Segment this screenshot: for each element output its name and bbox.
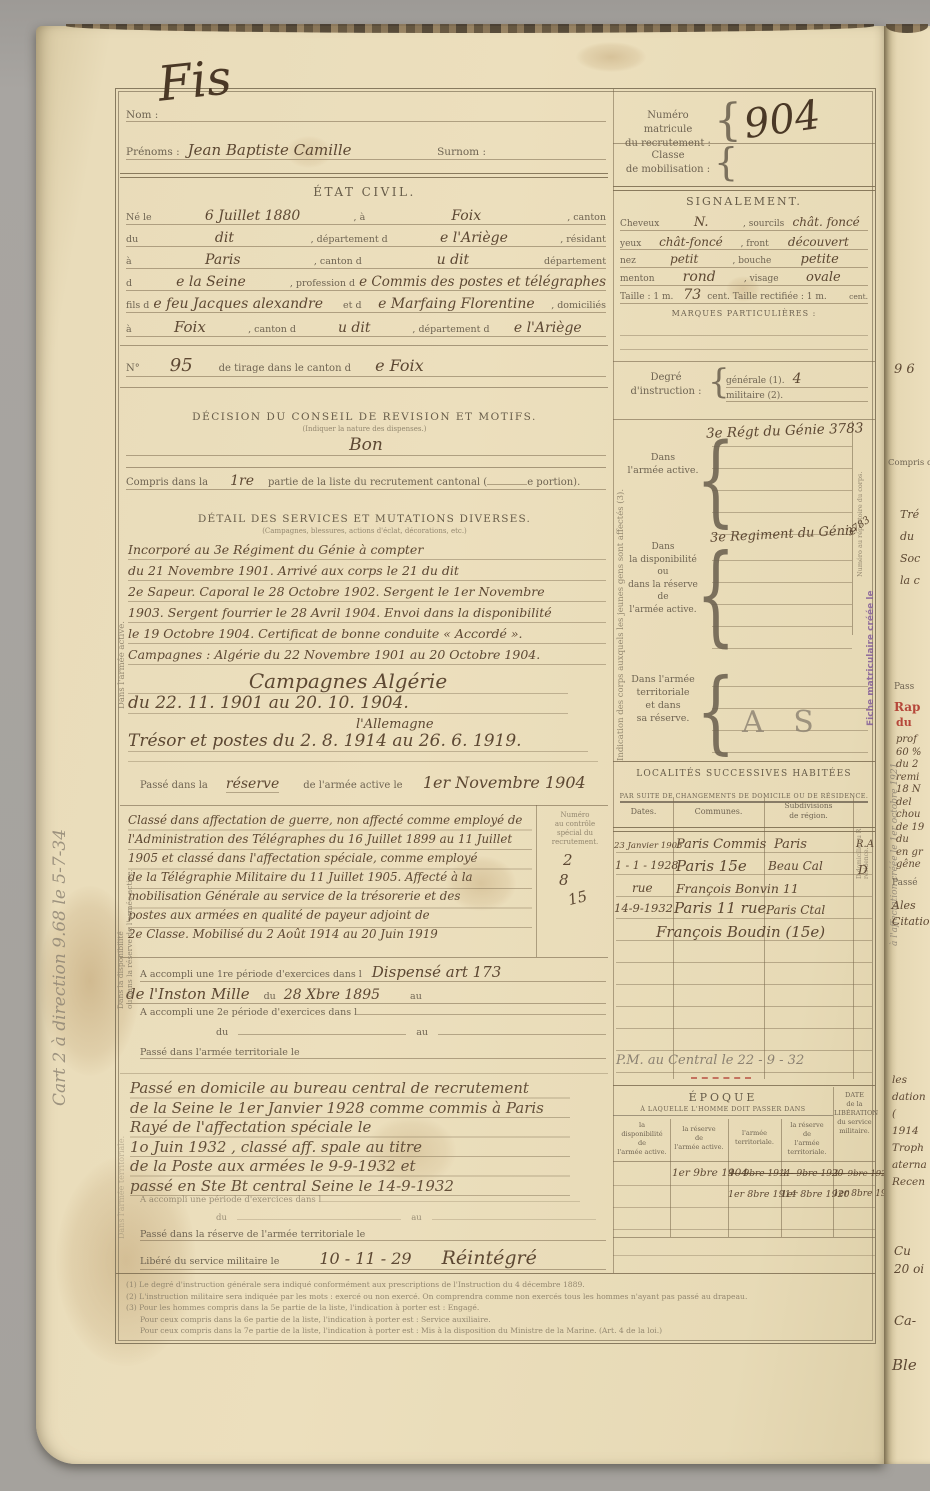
stain (576, 42, 646, 72)
localite-row-commune: François Bonvin 11 (676, 881, 799, 896)
compris-label: Compris dans la (126, 477, 208, 488)
header-separator (120, 173, 608, 178)
periode-1-value-2: de l'Inston Mille (126, 985, 250, 1003)
localite-row-commune: Paris 11 rue (674, 899, 766, 917)
residence-value: Paris (132, 252, 314, 268)
canton-label: , canton d (314, 256, 362, 267)
pere-value: e feu Jacques alexandre (149, 296, 343, 312)
periode-2-row: A accompli une 2e période d'exercices da… (140, 1007, 606, 1018)
naissance-date: 6 Juillet 1880 (152, 208, 354, 224)
nom-row: Nom : (126, 109, 606, 122)
decision-value: Bon (126, 435, 606, 455)
campagnes-line-3: l'Allemagne (356, 717, 556, 732)
etat-civil-line-1: Né le 6 Juillet 1880 , à Foix , canton (126, 208, 606, 225)
epoque-col-line-1 (670, 1119, 671, 1237)
campagnes-line-4: Trésor et postes du 2. 8. 1914 au 26. 6.… (128, 731, 588, 752)
localite-row-subdiv: Beau Cal (768, 859, 823, 873)
prenoms-value: Jean Baptiste Camille (180, 141, 438, 159)
localites-col-dates: Dates. (615, 807, 672, 816)
blank-fill (357, 1014, 606, 1015)
periode-1-value: Dispensé art 173 (362, 963, 606, 981)
classe-brace: { (714, 143, 738, 181)
front-value: découvert (769, 235, 868, 249)
faint-periode-label: A accompli une période d'exercices dans … (140, 1195, 321, 1205)
epoque-col-line-4 (833, 1087, 834, 1237)
sliver-fragment: les dation ( 1914 Troph aterna Recen (892, 1072, 930, 1191)
ne-le-label: Né le (126, 212, 152, 223)
reserve-value: réserve (226, 776, 279, 793)
visage-label: , visage (744, 274, 779, 284)
controle-value-1: 2 (563, 851, 573, 869)
margin-label-territoriale: Dans l'armée territoriale. (117, 1089, 126, 1239)
prenoms-row: Prénoms : Jean Baptiste Camille Surnom : (126, 141, 606, 160)
sliver-fragment: Ales Citation (892, 898, 930, 930)
libere-label: Libéré du service militaire le (140, 1256, 279, 1267)
dispo-brace: { (696, 541, 735, 650)
compris-label-2: partie de la liste du recrutement canton… (268, 477, 487, 488)
militaire-row: militaire (2). (726, 391, 868, 402)
localite-row-date: 14-9-1932 (614, 901, 673, 915)
degre-label: Degré d'instruction : (628, 371, 704, 399)
affectation-paragraph: Classé dans affectation de guerre, non a… (128, 811, 532, 944)
prenoms-label: Prénoms : (126, 146, 180, 158)
etat-civil-line-5: fils d e feu Jacques alexandre et d e Ma… (126, 296, 606, 313)
departement-value: e l'Ariège (388, 230, 560, 246)
taille-value: 73 (683, 287, 701, 303)
yeux-row: yeux chât-foncé , front découvert (620, 235, 868, 250)
footnote-5: Pour ceux compris dans la 7e partie de l… (126, 1325, 868, 1337)
domicilies-label: , domiciliés (551, 300, 606, 311)
territoriale-label: Passé dans l'armée territoriale le (140, 1047, 300, 1058)
rule (128, 761, 598, 762)
taille-label: Taille : 1 m. (620, 292, 673, 302)
controle-label: Numéro au contrôle spécial du recrutemen… (540, 811, 610, 847)
footnote-2: (2) L'instruction militaire sera indiqué… (126, 1291, 868, 1303)
blank-fill (438, 1034, 606, 1035)
numero-tirage-value: 95 (170, 355, 193, 376)
matricule-value: 904 (741, 92, 823, 148)
rule (613, 1229, 875, 1230)
blank-fill (237, 1219, 401, 1220)
du-label: du (216, 1213, 227, 1223)
controle-value-3: 15 (566, 887, 589, 909)
visage-value: ovale (779, 270, 868, 285)
etat-civil-title: ÉTAT CIVIL. (116, 185, 613, 199)
services-title: DÉTAIL DES SERVICES ET MUTATIONS DIVERSE… (116, 513, 613, 525)
du-label: du (126, 234, 138, 245)
menton-label: menton (620, 274, 655, 284)
form-frame: Nom : Fis Prénoms : Jean Baptiste Camill… (115, 88, 876, 1344)
menton-value: rond (655, 269, 744, 285)
localites-col-subdiv: Subdivisions de région. (765, 801, 852, 821)
rule (120, 1073, 608, 1074)
etat-civil-line-4: d e la Seine , profession d e Commis des… (126, 274, 606, 291)
canton-label: , canton (567, 212, 606, 223)
localite-row-commune: Paris 15e (676, 857, 747, 875)
rule (120, 387, 608, 388)
a-label: , à (354, 212, 366, 223)
generale-label: générale (1). (726, 376, 785, 386)
blank-fill (432, 1219, 596, 1220)
libere-date: 10 - 11 - 29 (319, 1249, 411, 1268)
reserve-date: 1er Novembre 1904 (403, 773, 606, 792)
rule (620, 349, 868, 350)
sourcils-value: chât. foncé (784, 215, 868, 229)
bouche-label: , bouche (733, 256, 772, 266)
matricule-label: Numéro matricule du recrutement : (624, 109, 712, 151)
classe-label: Classe de mobilisation : (624, 149, 712, 177)
domicile-lieu: Foix (132, 318, 248, 336)
red-dashes (691, 1077, 751, 1079)
periode-1-date: 28 Xbre 1895 (284, 987, 380, 1003)
epoque-subtitle: À LAQUELLE L'HOMME DOIT PASSER DANS (613, 1106, 833, 1116)
reintegre-note: Réintégré (442, 1247, 606, 1269)
sliver-fragment-red: Rap (894, 700, 920, 714)
footnote-separator (116, 1273, 875, 1274)
epoque-col1-header: la disponibilité de l'armée active. (615, 1121, 669, 1157)
sliver-fragment: Cu 20 oi (894, 1242, 924, 1278)
cheveux-row: Cheveux N. , sourcils chât. foncé (620, 215, 868, 231)
etat-civil-line-3: à Paris , canton d u dit département (126, 252, 606, 269)
controle-divider (536, 805, 537, 957)
blank-fill (321, 1201, 580, 1202)
taille-rectifiee-label: cent. Taille rectifiée : 1 m. (707, 292, 827, 302)
reserve-row: Passé dans la réserve de l'armée active … (140, 773, 606, 793)
periode-1-row-2: de l'Inston Mille du 28 Xbre 1895 au (126, 985, 606, 1004)
rule (613, 1085, 875, 1086)
du-label: du (216, 1027, 228, 1038)
decision-row: Bon (126, 435, 606, 456)
compris-label-3: e portion). (527, 477, 580, 488)
sliver-fragment: Compris d (888, 458, 930, 468)
localite-row-dr: D (858, 863, 868, 877)
du-label: du (264, 991, 276, 1002)
corps-territoriale-label: Dans l'armée territoriale et dans sa rés… (622, 673, 704, 725)
naissance-lieu: Foix (365, 208, 567, 224)
profession-value: e Commis des postes et télégraphes (355, 274, 606, 290)
canton-value: u dit (296, 320, 412, 336)
rule (613, 419, 875, 420)
departement-label: département (544, 256, 606, 267)
rule (613, 1185, 875, 1186)
domicile-paragraph: Passé en domicile au bureau central de r… (130, 1079, 570, 1196)
et-de-label: et d (343, 300, 362, 311)
departement-label: , département d (311, 234, 388, 245)
mere-value: e Marfaing Florentine (362, 296, 552, 312)
sliver-fragment: Ca- (894, 1314, 916, 1329)
taille-row: Taille : 1 m. 73 cent. Taille rectifiée … (620, 287, 868, 304)
territoriale-reserve-row: Passé dans la réserve de l'armée territo… (140, 1229, 606, 1241)
rule (613, 1255, 875, 1256)
epoque-col4-header: la réserve de l'armée territoriale. (783, 1121, 831, 1157)
nez-label: nez (620, 256, 636, 266)
faint-du-au-row: du au (216, 1213, 596, 1223)
au-label: au (416, 1027, 428, 1038)
sliver-fragment-red: du (896, 716, 912, 729)
decision-title: DÉCISION DU CONSEIL DE REVISION ET MOTIF… (116, 411, 613, 423)
scan-background: Cart 2 à direction 9.68 le 5-7-34 Nom : … (0, 0, 930, 1491)
footnote-3: (3) Pour les hommes compris dans la 5e p… (126, 1302, 868, 1314)
militaire-label: militaire (2). (726, 391, 783, 401)
canton-value: dit (138, 230, 310, 246)
yeux-label: yeux (620, 239, 641, 249)
epoque-title: ÉPOQUE (613, 1091, 833, 1104)
localite-row-commune: François Boudin (15e) (656, 923, 825, 941)
matricule-brace: { (714, 99, 742, 143)
localites-title: LOCALITÉS SUCCESSIVES HABITÉES (613, 769, 875, 779)
front-label: , front (741, 239, 769, 249)
territoriale-reserve-label: Passé dans la réserve de l'armée territo… (140, 1229, 365, 1240)
canton-value: u dit (362, 252, 544, 268)
epoque-col3-header: l'armée territoriale. (730, 1129, 779, 1147)
portion-blank (487, 484, 527, 485)
menton-row: menton rond , visage ovale (620, 269, 868, 286)
numero-label: N° (126, 363, 140, 374)
campagnes-line-1: Campagnes Algérie (128, 669, 568, 694)
rule (120, 805, 608, 806)
armee-active-label: de l'armée active le (303, 780, 402, 791)
torn-edge (886, 24, 928, 33)
generale-value: 4 (785, 371, 868, 387)
localites-subtitle: PAR SUITE DE CHANGEMENTS DE DOMICILE OU … (613, 783, 875, 802)
epoque-col2-header: la réserve de l'armée active. (672, 1125, 726, 1152)
periode-1-label: A accompli une 1re période d'exercices d… (140, 969, 362, 980)
etat-civil-line-6: à Foix , canton d u dit , département d … (126, 318, 606, 337)
rule (613, 361, 875, 362)
adjacent-page-edge: à l'affectation créée le 1er octobre 192… (884, 26, 930, 1464)
rule (613, 761, 875, 762)
localites-col-communes: Communes. (674, 807, 763, 816)
margin-pencil-note: Cart 2 à direction 9.68 le 5-7-34 (50, 586, 70, 1106)
rule (126, 467, 606, 468)
torn-edge (66, 24, 874, 33)
corps-territoriale-value: A S (742, 705, 824, 740)
blank-fill (238, 1034, 406, 1035)
fiche-matriculaire-stamp: Fiche matriculaire créée le (866, 516, 876, 726)
rule (120, 957, 608, 958)
faint-periode-row: A accompli une période d'exercices dans … (140, 1195, 580, 1205)
marques-label: MARQUES PARTICULIÈRES : (613, 309, 875, 318)
nez-row: nez petit , bouche petite (620, 252, 868, 268)
register-page: Cart 2 à direction 9.68 le 5-7-34 Nom : … (36, 26, 884, 1464)
rule (613, 1207, 875, 1208)
corps-active-label: Dans l'armée active. (622, 451, 704, 477)
profession-label: , profession d (290, 278, 355, 289)
footnote-1: (1) Le degré d'instruction générale sera… (126, 1279, 868, 1291)
rule (613, 143, 875, 144)
rule (620, 335, 868, 336)
au-label: au (410, 991, 422, 1002)
margin-label-disponibilite: Dans la disponibilité ou dans la réserve… (116, 829, 134, 1009)
territoriale-row: Passé dans l'armée territoriale le (140, 1047, 606, 1059)
nom-value: Fis (155, 49, 234, 112)
margin-label-armee-active: Dans l'armée active. (117, 559, 127, 709)
corps-dispo-label: Dans la disponibilité ou dans la réserve… (622, 541, 704, 616)
epoque-header-rule (613, 1161, 875, 1162)
compris-value: 1re (230, 473, 254, 489)
yeux-value: chât-foncé (641, 235, 740, 249)
footnote-4: Pour ceux compris dans la 6e partie de l… (126, 1314, 868, 1326)
surnom-label: Surnom : (437, 146, 486, 158)
cheveux-value: N. (659, 215, 743, 230)
footnotes: (1) Le degré d'instruction générale sera… (126, 1279, 868, 1337)
au-label: au (411, 1213, 422, 1223)
sliver-fragment: prof 60 % du 2 remi 18 N del chou de 19 … (896, 734, 924, 872)
epoque-date-header: DATE de la LIBÉRATION du service militai… (834, 1091, 875, 1136)
tirage-label: de tirage dans le canton d (219, 363, 351, 374)
residant-label: , résidant (560, 234, 606, 245)
active-brace: { (696, 431, 735, 530)
localite-row-dr: R.A (856, 839, 874, 850)
localite-row-subdiv: Paris (774, 837, 807, 852)
rule (120, 345, 608, 346)
periode-1-row: A accompli une 1re période d'exercices d… (140, 963, 606, 982)
bouche-value: petite (771, 252, 868, 267)
canton-label: , canton d (248, 324, 296, 335)
sourcils-label: , sourcils (743, 219, 784, 229)
decision-subtitle: (Indiquer la nature des dispenses.) (116, 425, 613, 433)
fils-label: fils d (126, 300, 149, 311)
localite-row-date: 1 - 1 - 1928 (615, 859, 678, 872)
periode-2-du-au: du au (216, 1027, 606, 1038)
compris-row: Compris dans la 1re partie de la liste d… (126, 473, 606, 490)
sliver-fragment: Ble (892, 1356, 917, 1374)
sliver-fragment: 9 6 (894, 362, 915, 377)
rule (613, 1237, 875, 1238)
nom-label: Nom : (126, 109, 158, 121)
sliver-fragment: Tré du Soc la c (900, 504, 920, 592)
localites-pencil-note: P.M. au Central le 22 - 9 - 32 (616, 1053, 804, 1068)
periode-2-label: A accompli une 2e période d'exercices da… (140, 1007, 357, 1018)
passe-dans-la-label: Passé dans la (140, 780, 208, 791)
controle-value-2: 8 (559, 871, 569, 889)
departement-value: e la Seine (132, 274, 290, 290)
libere-row: Libéré du service militaire le 10 - 11 -… (140, 1247, 606, 1270)
sliver-fragment: Passé (892, 878, 918, 888)
localite-row-subdiv: Paris Ctal (766, 903, 825, 917)
services-paragraph: Incorporé au 3e Régiment du Génie à comp… (128, 539, 606, 665)
campagnes-line-2: du 22. 11. 1901 au 20. 10. 1904. (128, 693, 568, 714)
departement-value: e l'Ariège (490, 320, 606, 336)
localite-row-date: 23 Janvier 1905 (614, 841, 682, 851)
etat-civil-line-2: du dit , département d e l'Ariège , rési… (126, 230, 606, 247)
localite-row-date: rue (632, 881, 653, 895)
cheveux-label: Cheveux (620, 219, 659, 229)
signalement-title: SIGNALEMENT. (613, 195, 875, 208)
territoriale-brace: { (696, 667, 735, 757)
tirage-canton-value: e Foix (351, 356, 606, 375)
localite-row-commune: Paris Commis (676, 837, 766, 852)
classe-separator (613, 186, 875, 191)
cent-label: cent. (849, 292, 868, 301)
repertoire-vertical-label: Numéro au répertoire du corps. (856, 427, 864, 577)
services-subtitle: (Campagnes, blessures, actions d'éclat, … (116, 527, 613, 535)
sliver-fragment: Pass (894, 682, 914, 692)
generale-row: générale (1). 4 (726, 371, 868, 388)
nez-value: petit (636, 252, 733, 266)
departement-label: , département d (412, 324, 489, 335)
tirage-row: N° 95 de tirage dans le canton d e Foix (126, 355, 606, 377)
